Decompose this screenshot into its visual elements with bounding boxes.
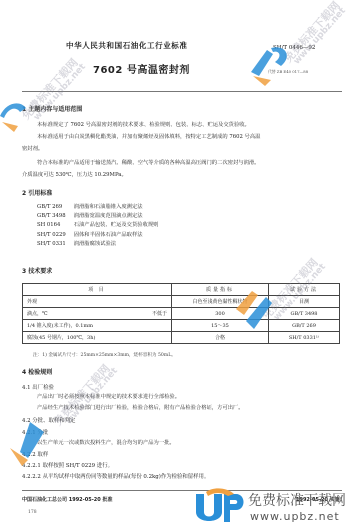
- table-row: 外观 白色至浅黄色黏性稠状物 目测: [23, 296, 340, 308]
- method-cell: GB/T 3498: [269, 308, 340, 320]
- reference-item: SH 0164 石油产品包装、贮运及交货验收规则: [37, 221, 158, 230]
- reference-item: SH/T 0331 润滑脂腐蚀试验法: [37, 240, 158, 249]
- reference-title: 石油产品包装、贮运及交货验收规则: [74, 222, 159, 228]
- section-4-1-paragraph-1: 产品出厂时必须按照本标准中规定的技术要求进行全部检验。: [37, 393, 180, 401]
- reference-title: 润滑脂腐蚀试验法: [74, 241, 116, 247]
- reference-code: SH/T 0229: [37, 231, 72, 240]
- item-label: 腐蚀(45 号钢片，100℃，3h): [27, 335, 95, 341]
- approval-statement: 中国石油化工总公司 1992-05-20 批准: [22, 496, 112, 503]
- technical-requirements-table: 项 目 质量指标 试验方法 外观 白色至浅黄色黏性稠状物 目测 滴点，℃不低于 …: [22, 283, 340, 344]
- table-header-row: 项 目 质量指标 试验方法: [23, 284, 340, 296]
- section-1-paragraph-3: 符合本标准的产品适用于输送蒸汽、稀酸、空气等介质的各种高温高压阀门的二次密封与润…: [37, 159, 259, 167]
- reference-title: 固体和半固体石油产品取样法: [74, 232, 143, 238]
- document-title: 7602 号高温密封剂: [93, 61, 190, 76]
- limit-label: 不低于: [152, 310, 167, 317]
- table-row: 腐蚀(45 号钢片，100℃，3h) 合格 SH/T 0331¹⁾: [23, 332, 340, 344]
- section-4-heading: 4 检验规则: [22, 367, 52, 376]
- watermark-url: www.upbz.net: [292, 6, 348, 67]
- table-footnote: 注：1) 金属试片尺寸：25mm×25mm×3mm，烧杯容积为 50mL。: [33, 352, 176, 358]
- item-label: 1/4 锥入度(未工作)，0.1mm: [27, 323, 93, 329]
- item-cell: 腐蚀(45 号钢片，100℃，3h): [23, 332, 172, 344]
- reference-item: GB/T 3498 润滑脂宽温度范围滴点测定法: [37, 212, 158, 221]
- site-logo-icon: [10, 418, 50, 468]
- reference-code: GB/T 269: [37, 203, 72, 212]
- reference-item: SH/T 0229 固体和半固体石油产品取样法: [37, 231, 158, 240]
- page-number: 178: [28, 510, 37, 515]
- section-4-1-paragraph-2: 产品经生产技术检验部门进行出厂检验，检验合格后，附有产品检验合格证，方可出厂。: [37, 404, 244, 412]
- section-2-heading: 2 引用标准: [22, 188, 52, 197]
- site-logo-icon: [0, 96, 30, 136]
- reference-item: GB/T 269 润滑脂和石油脂锥入度测定法: [37, 203, 158, 212]
- section-4-2-1-paragraph: 以生产单元一次或数次投料生产，混合均匀的产品为一批。: [37, 439, 175, 447]
- section-1-paragraph-2: 本标准适用于由白炭黑稠化酯类油，并加有聚烯烃及固体填料，按特定工艺制成的 760…: [37, 133, 260, 141]
- table-row: 滴点，℃不低于 300 GB/T 3498: [23, 308, 340, 320]
- column-header-test-method: 试验方法: [269, 284, 340, 296]
- section-1-paragraph-2-cont: 密封剂。: [22, 145, 43, 153]
- item-cell: 1/4 锥入度(未工作)，0.1mm: [23, 320, 172, 332]
- watermark-url: www.upbz.net: [32, 62, 88, 123]
- item-label: 外观: [27, 299, 37, 305]
- site-name: 免费标准下载网: [248, 490, 346, 510]
- reference-code: GB/T 3498: [37, 212, 72, 221]
- item-cell: 外观: [23, 296, 172, 308]
- up-logo-icon: [192, 488, 244, 526]
- table-row: 1/4 锥入度(未工作)，0.1mm 15～35 GB/T 269: [23, 320, 340, 332]
- section-3-heading: 3 技术要求: [22, 266, 52, 275]
- reference-code: SH 0164: [37, 221, 72, 230]
- referenced-standards-list: GB/T 269 润滑脂和石油脂锥入度测定法 GB/T 3498 润滑脂宽温度范…: [37, 203, 158, 249]
- item-cell: 滴点，℃不低于: [23, 308, 172, 320]
- issuing-organization: 中华人民共和国石油化工行业标准: [66, 40, 188, 51]
- method-cell: SH/T 0331¹⁾: [269, 332, 340, 344]
- reference-title: 润滑脂宽温度范围滴点测定法: [74, 213, 143, 219]
- section-1-paragraph-1: 本标准规定了 7602 号高温密封剂的技术要求、检验规则、包装、标志、贮运及交货…: [37, 121, 250, 129]
- section-4-1-heading: 4.1 出厂检验: [22, 383, 54, 391]
- item-label: 滴点，℃: [27, 311, 48, 317]
- site-branding-logo: 免费标准下载网 www.upbz.net: [192, 488, 360, 526]
- section-1-heading: 1 主题内容与适用范围: [22, 104, 82, 113]
- reference-title: 润滑脂和石油脂锥入度测定法: [74, 204, 143, 210]
- reference-code: SH/T 0331: [37, 240, 72, 249]
- site-url: www.upbz.net: [250, 510, 340, 523]
- method-cell: GB/T 269: [269, 320, 340, 332]
- site-logo-icon: [245, 40, 297, 92]
- site-logo-icon: [232, 285, 276, 343]
- section-1-paragraph-3-cont: 介质温度可达 530℃，压力达 10.29MPa。: [22, 171, 127, 179]
- method-cell: 目测: [269, 296, 340, 308]
- column-header-item: 项 目: [23, 284, 172, 296]
- section-4-2-2-2: 4.2.2.2 从平均试样中取两份同等数量的样品(每份 0.2kg)作为检验和留…: [22, 472, 209, 480]
